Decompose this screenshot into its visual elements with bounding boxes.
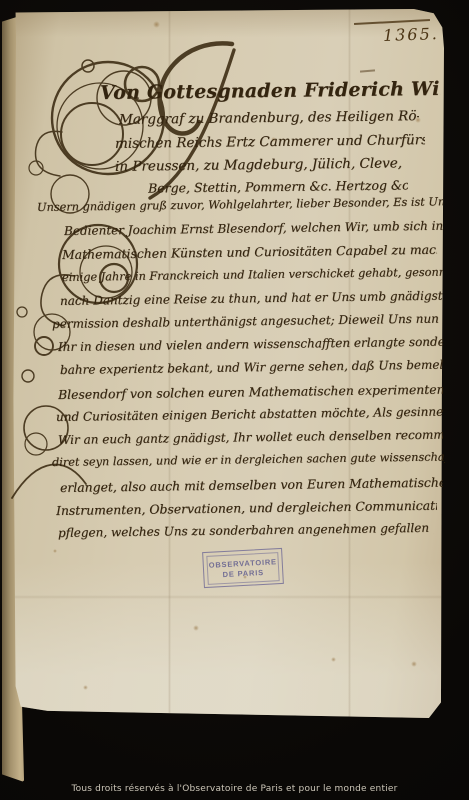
fold-crease [13, 595, 444, 599]
observatoire-stamp: OBSERVATOIRE DE PARIS [202, 548, 284, 588]
heading-line: Von Gottesgnaden Friderich Wilhelm [100, 78, 440, 104]
photo-caption: Tous droits réservés à l'Observatoire de… [0, 784, 469, 794]
heading-line: Berge, Stettin, Pommern &c. Hertzog &c. [148, 177, 408, 195]
fox-spot [83, 685, 88, 690]
fox-spot [193, 625, 199, 631]
fox-spot [331, 657, 336, 662]
page-number: 1365. [383, 24, 439, 45]
observatoire-stamp-border: OBSERVATOIRE DE PARIS [206, 552, 279, 585]
stamp-text-line2: DE PARIS [222, 567, 264, 578]
photo-backdrop: 1365. Von Gottesgnaden Friderich Wilhelm… [0, 0, 469, 800]
stamp-text-line1: OBSERVATOIRE [208, 557, 277, 570]
fox-spot [53, 549, 57, 553]
fox-spot [411, 661, 417, 667]
